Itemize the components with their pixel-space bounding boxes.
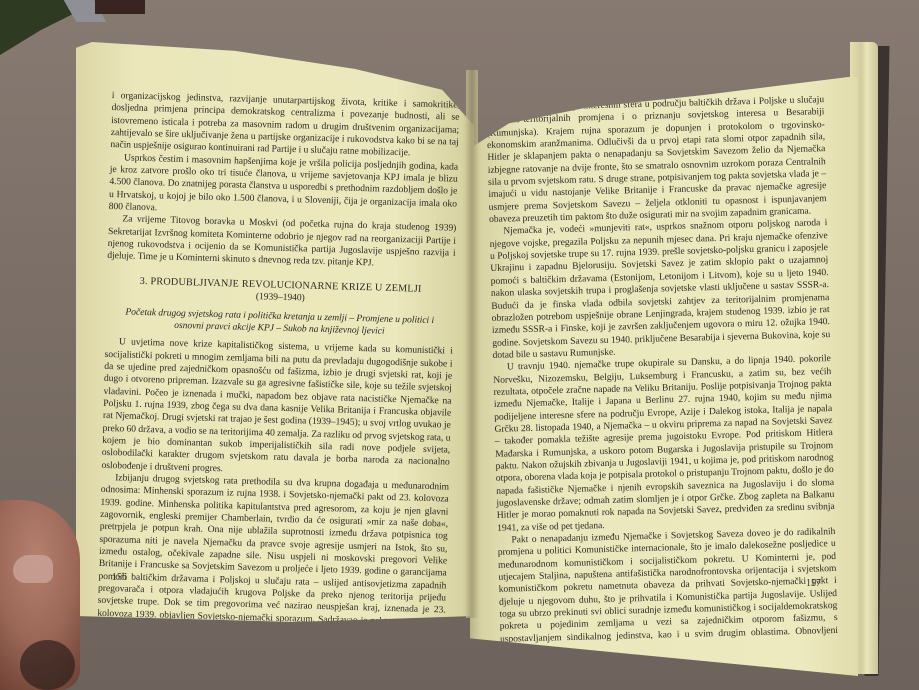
paragraph: U travnju 1940. njemačke trupe okupirale… <box>493 353 835 535</box>
book-gutter <box>466 70 478 618</box>
page-number-left: 156 <box>112 572 127 583</box>
chapter-subtitle: Početak drugog svjetskog rata i političk… <box>113 306 446 340</box>
left-page-text: i organizacijskog jedinstva, razvijanje … <box>97 90 460 622</box>
paragraph: Pakt o nenapadanju između Njemačke i Sov… <box>497 526 838 658</box>
thumbnail <box>13 555 53 583</box>
paragraph: Za vrijeme Titovog boravka u Moskvi (od … <box>107 213 456 272</box>
hand-shadow <box>20 640 75 690</box>
paragraph: U uvjetima nove krize kapitalističkog si… <box>101 336 453 481</box>
right-page-text: protokol o razgraničenju interesnih sfer… <box>486 94 838 658</box>
paragraph: Usprkos čestim i masovnim hapšenjima koj… <box>109 152 459 223</box>
paragraph: Njemačka je, vodeći »munjeviti rat«, usp… <box>489 218 830 363</box>
paragraph: Izbijanju drugog svjetskog rata prethodi… <box>97 472 449 622</box>
background-object-red <box>95 0 145 14</box>
paragraph: i organizacijskog jedinstva, razvijanje … <box>110 90 460 161</box>
right-page: protokol o razgraničenju interesnih sfer… <box>470 48 858 676</box>
page-number-right: 157 <box>806 578 821 589</box>
left-page: i organizacijskog jedinstva, razvijanje … <box>76 24 474 622</box>
paragraph: protokol o razgraničenju interesnih sfer… <box>486 94 827 226</box>
